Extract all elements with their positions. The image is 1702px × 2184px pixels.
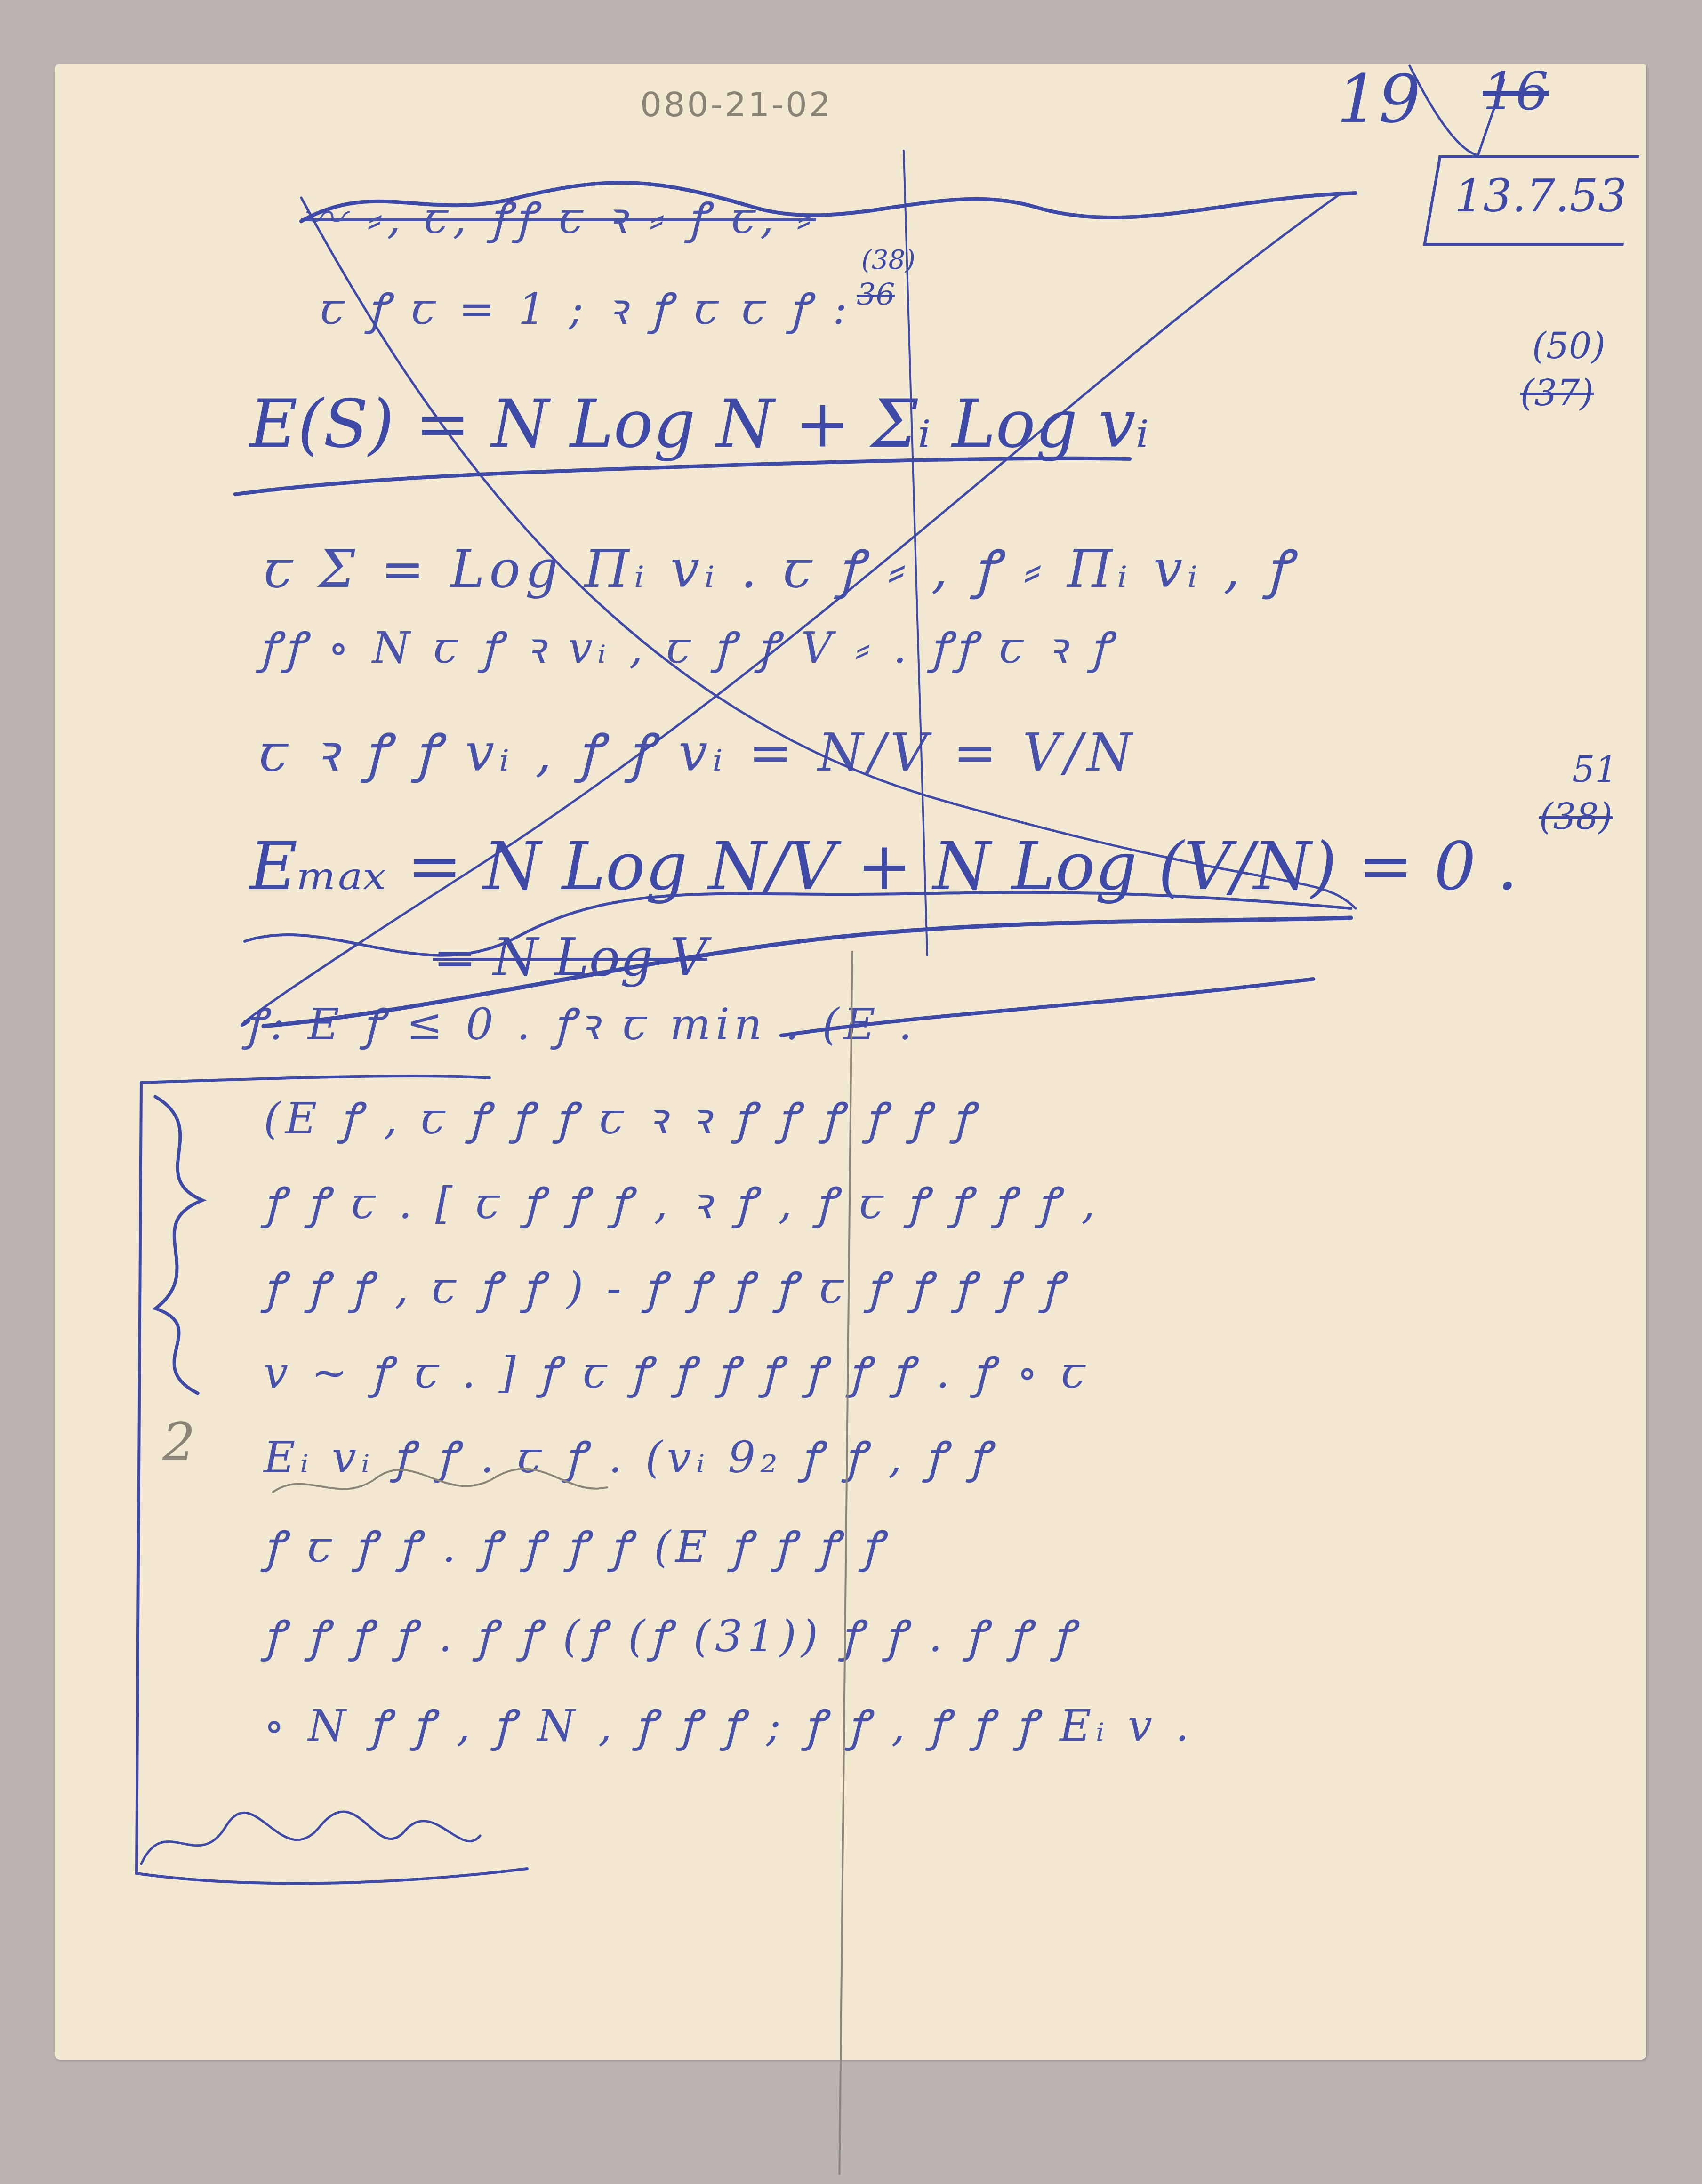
underline-entropy bbox=[235, 458, 1130, 494]
margin-box-top bbox=[141, 1076, 490, 1083]
underline-min bbox=[781, 979, 1313, 1036]
pencil-wavy-underline bbox=[273, 1469, 607, 1492]
ink-strokes bbox=[0, 0, 1702, 2184]
margin-scribble bbox=[155, 1097, 202, 1393]
crossout-stroke-2 bbox=[241, 193, 1341, 1026]
strike-line-1 bbox=[301, 183, 1356, 221]
underline-emax bbox=[264, 918, 1351, 1026]
crossout-stroke-1 bbox=[301, 198, 1356, 908]
bottom-wavy-line bbox=[141, 1812, 480, 1864]
page-check-mark bbox=[1410, 66, 1504, 155]
crossout-vertical bbox=[904, 151, 927, 955]
wavy-line-emax bbox=[245, 892, 1351, 955]
